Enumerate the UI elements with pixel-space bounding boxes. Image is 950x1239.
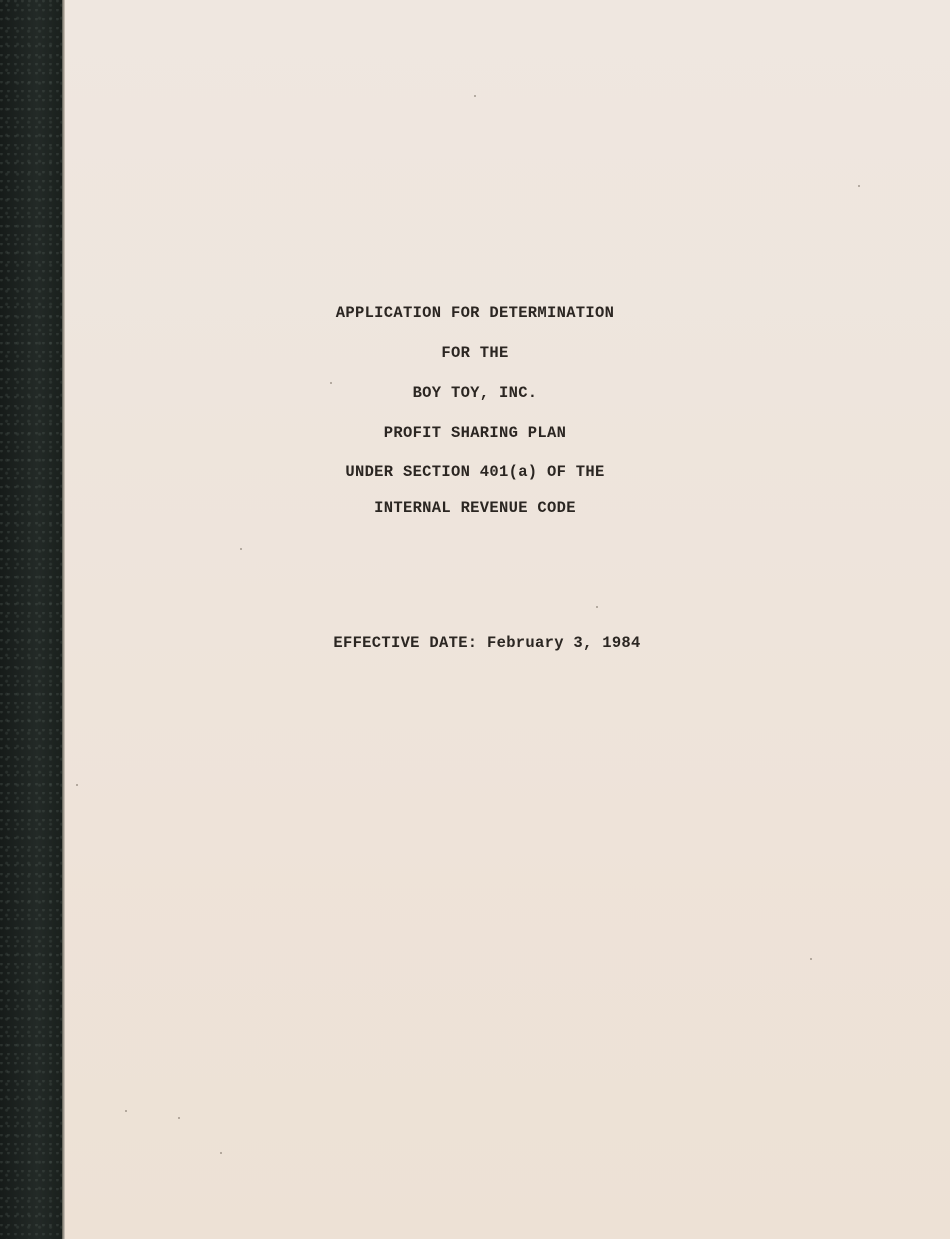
paper-speck: [76, 784, 78, 786]
paper-speck: [330, 382, 332, 384]
paper-speck: [178, 1117, 180, 1119]
document-binding-strip: [0, 0, 62, 1239]
paper-speck: [810, 958, 812, 960]
paper-speck: [596, 606, 598, 608]
title-line-6: INTERNAL REVENUE CODE: [0, 499, 950, 517]
paper-speck: [474, 95, 476, 97]
title-line-4: PROFIT SHARING PLAN: [0, 424, 950, 442]
document-page: [65, 0, 950, 1239]
title-line-2: FOR THE: [0, 344, 950, 362]
paper-speck: [858, 185, 860, 187]
title-line-5: UNDER SECTION 401(a) OF THE: [0, 463, 950, 481]
paper-speck: [240, 548, 242, 550]
title-line-1: APPLICATION FOR DETERMINATION: [0, 304, 950, 322]
title-line-3: BOY TOY, INC.: [0, 384, 950, 402]
paper-speck: [220, 1152, 222, 1154]
paper-speck: [125, 1110, 127, 1112]
effective-date: EFFECTIVE DATE: February 3, 1984: [12, 634, 950, 652]
